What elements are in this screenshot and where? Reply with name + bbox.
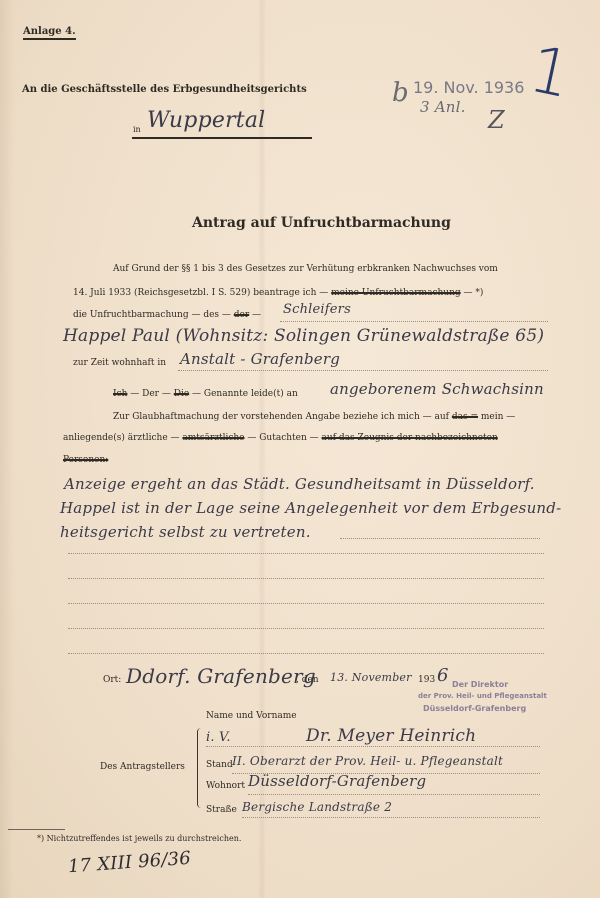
director-stamp-line-2: der Prov. Heil- und Pflegeanstalt [418,692,547,700]
struck-amtsaerztliche: amtsärztliche [182,433,244,443]
blank-line-4 [68,628,544,629]
attachment-label: Anlage 4. [23,26,76,40]
name-label: Name und Vorname [206,711,297,721]
body-line-2-prefix: 14. Juli 1933 (Reichsgesetzbl. I S. 529)… [73,288,328,298]
applicant-group-label: Des Antragstellers [100,762,185,772]
addressee: An die Geschäftsstelle des Erbgesundheit… [22,84,307,95]
court-city: Wuppertal [147,108,265,133]
place-label: Ort: [103,675,121,685]
court-city-underline [132,137,312,139]
place-field: Ddorf. Grafenberg [126,664,316,688]
wohnort-label: Wohnort [206,781,245,791]
body-line-1: Auf Grund der §§ 1 bis 3 des Gesetzes zu… [113,264,498,274]
disease-field: angeborenem Schwachsinn [330,380,544,398]
struck-der: der [234,310,249,320]
struck-die: Die [174,389,189,399]
date-den-label: , den [296,675,319,685]
director-stamp-line-3: Düsseldorf-Grafenberg [423,704,526,713]
applicant-brace [197,728,204,808]
notes-line-3: heitsgericht selbst zu vertreten. [60,523,311,541]
blank-line-5 [68,653,544,654]
strasse-field: Bergische Landstraße 2 [242,800,392,814]
evidence-line-2-mid: — Gutachten — [247,433,318,443]
strasse-label: Straße [206,805,237,815]
received-attachments-note: 3 Anl. [420,98,466,116]
patient-name-field: Happel Paul (Wohnsitz: Solingen Grünewal… [63,326,544,346]
body-line-2: 14. Juli 1933 (Reichsgesetzbl. I S. 529)… [73,288,483,298]
residence-line [178,370,548,371]
evidence-line-2: anliegende(s) ärztliche — amtsärztliche … [63,433,498,443]
body-line-3-prefix: die Unfruchtbarmachung — des — [73,310,231,320]
struck-personen: Personen: [63,455,108,465]
sufferer-text: — Genannte leide(t) an [192,389,298,399]
applicant-name-field: Dr. Meyer Heinrich [306,726,476,746]
name-prefix-field: i. V. [206,730,231,745]
residence-label: zur Zeit wohnhaft in [73,358,166,368]
date-field: 13. November [330,671,412,684]
sufferer-der: — Der — [130,389,171,399]
blank-line-2 [68,578,544,579]
evidence-line-1-prefix: Zur Glaubhaftmachung der vorstehenden An… [113,412,449,422]
residence-field: Anstalt - Grafenberg [180,350,340,368]
body-line-3-dash: — [252,310,261,320]
notes-line-3-fill [340,538,540,539]
evidence-line-1-suffix: mein — [481,412,515,422]
year-handwritten: 6 [437,665,449,686]
occupation-field: Schleifers [283,302,351,317]
blank-line-3 [68,603,544,604]
notes-line-1: Anzeige ergeht an das Städt. Gesundheits… [64,475,535,493]
received-initial-right: Z [488,106,505,134]
body-line-3: die Unfruchtbarmachung — des — der — [73,310,261,320]
footnote-rule [8,829,65,830]
stand-label: Stand [206,760,233,770]
struck-own-sterilization: meine Unfruchtbarmachung [331,288,461,298]
sufferer-line: Ich — Der — Die — Genannte leide(t) an [113,389,298,399]
document-title: Antrag auf Unfruchtbarmachung [192,215,451,231]
received-date-stamp: 19. Nov. 1936 [413,78,524,97]
struck-zeugnis: auf das Zeugnis der nachbezeichneten [322,433,498,443]
strasse-line [242,817,540,818]
evidence-line-1: Zur Glaubhaftmachung der vorstehenden An… [113,412,515,422]
stand-field: II. Oberarzt der Prov. Heil- u. Pflegean… [232,754,503,768]
name-line [206,746,540,747]
evidence-line-2-prefix: anliegende(s) ärztliche — [63,433,180,443]
year-printed: 193 [418,675,435,685]
occupation-line [280,321,548,322]
blank-line-1 [68,553,544,554]
received-initial-left: b [392,78,409,108]
body-line-2-suffix: — *) [464,288,484,298]
court-in-label: in [133,125,141,134]
director-stamp-line-1: Der Direktor [452,680,508,689]
struck-ich: Ich [113,389,127,399]
footnote: *) Nichtzutreffendes ist jeweils zu durc… [37,834,241,843]
wohnort-field: Düsseldorf-Grafenberg [248,772,426,790]
struck-das: das = [452,412,478,422]
notes-line-2: Happel ist in der Lage seine Angelegenhe… [60,499,561,517]
wohnort-line [248,794,540,795]
